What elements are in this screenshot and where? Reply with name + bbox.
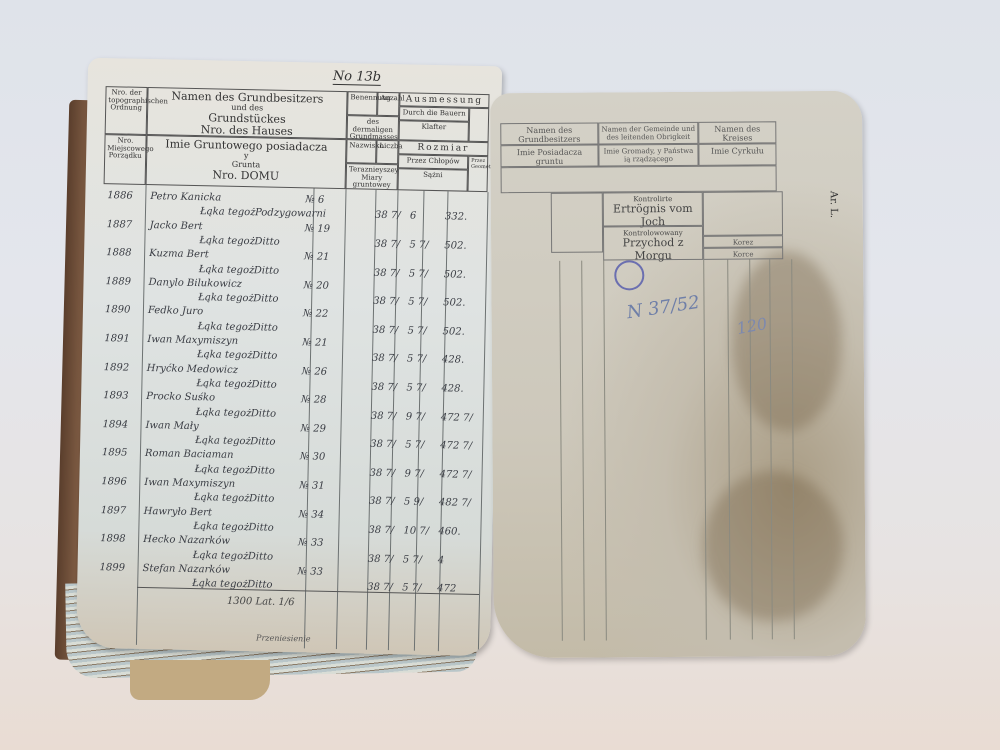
row-number: 1899 xyxy=(99,562,125,574)
measure-1: 38 7/ xyxy=(375,210,401,222)
measure-1: 38 7/ xyxy=(374,267,400,279)
house-number: № 20 xyxy=(303,280,329,292)
house-number: № 33 xyxy=(298,537,324,549)
owner-name: Łąka tegoż xyxy=(195,464,251,476)
measure-3: 428. xyxy=(442,355,464,366)
header-owner-de: Namen des Grundbesitzers und des Grundst… xyxy=(147,87,348,139)
owner-name: Łąka tegoż xyxy=(194,492,250,504)
left-ledger-page: No 13b Nro. der topographischen Ordnung … xyxy=(76,58,502,657)
footer-signature: Przeniesienie xyxy=(256,633,311,643)
header-owner-de: Namen des Grundbesitzers xyxy=(500,123,598,146)
measure-1: 38 7/ xyxy=(373,296,399,308)
header-grundmass-de: des dermaligen Grundmasses xyxy=(347,115,399,140)
measure-2: 9 7/ xyxy=(404,468,424,479)
house-number: № 6 xyxy=(305,194,324,205)
footer-total: 1300 Lat. 1/6 xyxy=(227,596,295,608)
measure-3: 502. xyxy=(443,297,465,308)
owner-name: Iwan Maxymiszyn xyxy=(147,334,238,347)
owner-name: Stefan Nazarków xyxy=(142,563,230,576)
owner-name: Łąka tegoż xyxy=(198,292,254,304)
measure-2: 5 7/ xyxy=(402,583,422,594)
measure-2: 5 7/ xyxy=(405,440,425,451)
row-number: 1892 xyxy=(104,362,130,374)
water-stain xyxy=(731,251,842,432)
house-number: № 19 xyxy=(305,223,331,235)
header-geometer: Przez Geometrów xyxy=(468,156,489,192)
land-kind: Ditto xyxy=(248,551,274,563)
measure-3: 332. xyxy=(445,212,467,223)
ledger-rows: 1886Petro Kanicka№ 6Łąka tegożPodzygowar… xyxy=(88,58,502,67)
owner-name: Procko Suśko xyxy=(146,391,215,403)
measure-1: 38 7/ xyxy=(371,410,397,422)
header-no-pl: Nro. Miejscowego Porządku xyxy=(104,134,147,185)
column-rule xyxy=(559,261,563,641)
owner-name: Jacko Bert xyxy=(150,220,203,232)
row-number: 1895 xyxy=(102,447,128,459)
measure-2: 9 7/ xyxy=(406,411,426,422)
header-ertrag-de-line2: Ertrögnis vom Joch xyxy=(606,203,700,229)
land-kind: Ditto xyxy=(252,322,278,334)
header-nazwisko: Nazwisko xyxy=(346,139,376,164)
measure-1: 38 7/ xyxy=(371,382,397,394)
right-detached-leaf: Namen des Grundbesitzers Imie Posiadacza… xyxy=(490,91,866,659)
header-small-columns xyxy=(551,193,603,253)
owner-name: Hecko Nazarków xyxy=(143,534,230,547)
row-number: 1893 xyxy=(103,390,129,402)
column-rule xyxy=(703,260,707,640)
land-kind: Ditto xyxy=(253,293,279,305)
measure-3: 472 7/ xyxy=(441,412,473,424)
land-kind: Ditto xyxy=(249,493,275,505)
header-ertrag-pl: Kontrolowowany Przychod z Morgu xyxy=(603,226,703,261)
header-sazni: Sążni xyxy=(398,168,468,191)
owner-name: Hawryło Bert xyxy=(144,506,212,518)
land-kind: Ditto xyxy=(251,379,277,391)
measure-1: 38 7/ xyxy=(369,467,395,479)
header-blank-row xyxy=(501,165,777,193)
owner-name: Kuzma Bert xyxy=(149,248,209,260)
row-number: 1894 xyxy=(102,419,128,431)
header-commune-pl: Imie Gromady, y Państwa ią rządzącego xyxy=(598,144,698,167)
owner-name: Roman Baciaman xyxy=(145,448,234,461)
header-ertrag-de: Kontrolirte Ertrögnis vom Joch xyxy=(603,192,703,227)
header-bauern: Durch die Bauern xyxy=(399,106,469,121)
land-kind: Ditto xyxy=(247,579,273,591)
header-ertrag-pl-line2: Przychod z Morgu xyxy=(606,237,700,263)
house-number: № 33 xyxy=(297,566,323,578)
measure-3: 502. xyxy=(444,240,466,251)
owner-name: Łąka tegoż xyxy=(195,435,251,447)
measure-1: 38 7/ xyxy=(367,582,393,594)
measure-3: 502. xyxy=(444,269,466,280)
header-geometer-de xyxy=(469,108,490,142)
measure-3: 472 7/ xyxy=(439,469,471,481)
house-number: № 26 xyxy=(302,366,328,378)
measure-3: 4 xyxy=(438,555,445,566)
owner-name: Petro Kanicka xyxy=(150,191,221,203)
header-korez-de: Korez xyxy=(703,235,783,248)
header-subcolumns xyxy=(703,191,783,236)
measure-1: 38 7/ xyxy=(368,553,394,565)
row-number: 1889 xyxy=(105,276,131,288)
measure-1: 38 7/ xyxy=(372,324,398,336)
measure-3: 428. xyxy=(441,383,463,394)
water-stain xyxy=(703,471,844,622)
land-kind: Ditto xyxy=(252,351,278,363)
house-number: № 31 xyxy=(299,480,325,492)
header-grundmass-pl: Teraznieyszey Miary gruntowey xyxy=(346,163,399,190)
measure-2: 5 7/ xyxy=(403,554,423,565)
land-kind: Ditto xyxy=(248,522,274,534)
header-kreis-pl: Imie Cyrkułu xyxy=(698,143,776,166)
measure-3: 502. xyxy=(442,326,464,337)
row-number: 1897 xyxy=(101,505,127,517)
measure-3: 482 7/ xyxy=(439,497,471,509)
measure-3: 460. xyxy=(438,526,460,537)
header-owner-pl: Imie Posiadacza gruntu xyxy=(500,145,598,168)
row-number: 1890 xyxy=(105,305,131,317)
owner-name: Danylo Bilukowicz xyxy=(148,277,242,290)
header-korez-pl: Korce xyxy=(703,247,783,260)
measure-1: 38 7/ xyxy=(369,496,395,508)
header-chlopow: Przez Chłopów xyxy=(398,154,468,169)
owner-name: Iwan Maxymiszyn xyxy=(144,477,235,490)
measure-2: 5 7/ xyxy=(407,325,427,336)
header-liczba: Liczba xyxy=(376,140,398,164)
land-kind: Ditto xyxy=(250,436,276,448)
land-kind: Ditto xyxy=(250,465,276,477)
header-anzahl: Anzahl xyxy=(377,92,399,116)
measure-2: 5 7/ xyxy=(409,268,429,279)
measure-2: 5 7/ xyxy=(406,382,426,393)
measure-2: 5 7/ xyxy=(409,239,429,250)
row-number: 1888 xyxy=(106,247,132,259)
measure-2: 5 7/ xyxy=(407,354,427,365)
measure-3: 472 xyxy=(437,583,456,594)
house-number: № 21 xyxy=(302,337,328,349)
owner-name: Łąka tegoż xyxy=(192,578,248,590)
owner-name: Łąka tegoż xyxy=(196,407,252,419)
owner-name: Iwan Mały xyxy=(145,420,198,432)
measure-2: 6 xyxy=(410,211,417,222)
row-number: 1886 xyxy=(107,190,133,202)
underlying-scrap xyxy=(130,660,270,700)
column-rule xyxy=(603,261,607,641)
measure-1: 38 7/ xyxy=(374,239,400,251)
house-number: № 30 xyxy=(300,452,326,464)
measure-1: 38 7/ xyxy=(372,353,398,365)
pencil-reference: N 37/52 xyxy=(625,292,701,323)
owner-name: Łąka tegoż xyxy=(193,521,249,533)
land-kind: Podzygowarni xyxy=(255,208,326,220)
header-klafter: Klafter xyxy=(399,120,469,141)
house-number: № 34 xyxy=(299,509,325,521)
edge-note: Ar. L. xyxy=(828,191,839,218)
measure-2: 5 7/ xyxy=(408,297,428,308)
owner-name: Łąka tegoż xyxy=(200,206,256,218)
row-number: 1898 xyxy=(100,533,126,545)
folio-number: No 13b xyxy=(333,69,382,86)
owner-name: Łąka tegoż xyxy=(199,235,255,247)
row-number: 1891 xyxy=(104,333,130,345)
land-kind: Ditto xyxy=(251,408,277,420)
house-number: № 29 xyxy=(300,423,326,435)
owner-name: Łąka tegoż xyxy=(198,321,254,333)
archive-stamp-icon xyxy=(614,260,644,290)
header-owner-pl: Imie Gruntowego posiadacza y Grunta Nro.… xyxy=(146,135,347,189)
header-no-de: Nro. der topographischen Ordnung xyxy=(105,86,148,135)
owner-name: Łąka tegoż xyxy=(196,378,252,390)
owner-name: Łąka tegoż xyxy=(197,349,253,361)
land-kind: Ditto xyxy=(254,236,280,248)
owner-name: Łąka tegoż xyxy=(193,550,249,562)
measure-3: 472 7/ xyxy=(440,440,472,452)
house-number: № 28 xyxy=(301,394,327,406)
header-commune-de: Namen der Gemeinde und des leitenden Obr… xyxy=(598,122,698,145)
measure-1: 38 7/ xyxy=(368,525,394,537)
house-number: № 22 xyxy=(303,309,329,321)
measure-2: 10 7/ xyxy=(403,525,429,537)
row-number: 1896 xyxy=(101,476,127,488)
row-number: 1887 xyxy=(107,219,133,231)
measure-2: 5 9/ xyxy=(404,497,424,508)
owner-name: Łąka tegoż xyxy=(199,264,255,276)
house-number: № 21 xyxy=(304,251,330,263)
column-rule xyxy=(581,261,585,641)
measure-1: 38 7/ xyxy=(370,439,396,451)
header-benennung: Benennung xyxy=(347,91,377,116)
header-kreis-de: Namen des Kreises xyxy=(698,121,776,144)
owner-name: Fedko Juro xyxy=(148,305,203,317)
land-kind: Ditto xyxy=(254,265,280,277)
owner-name: Hryćko Medowicz xyxy=(147,363,238,376)
